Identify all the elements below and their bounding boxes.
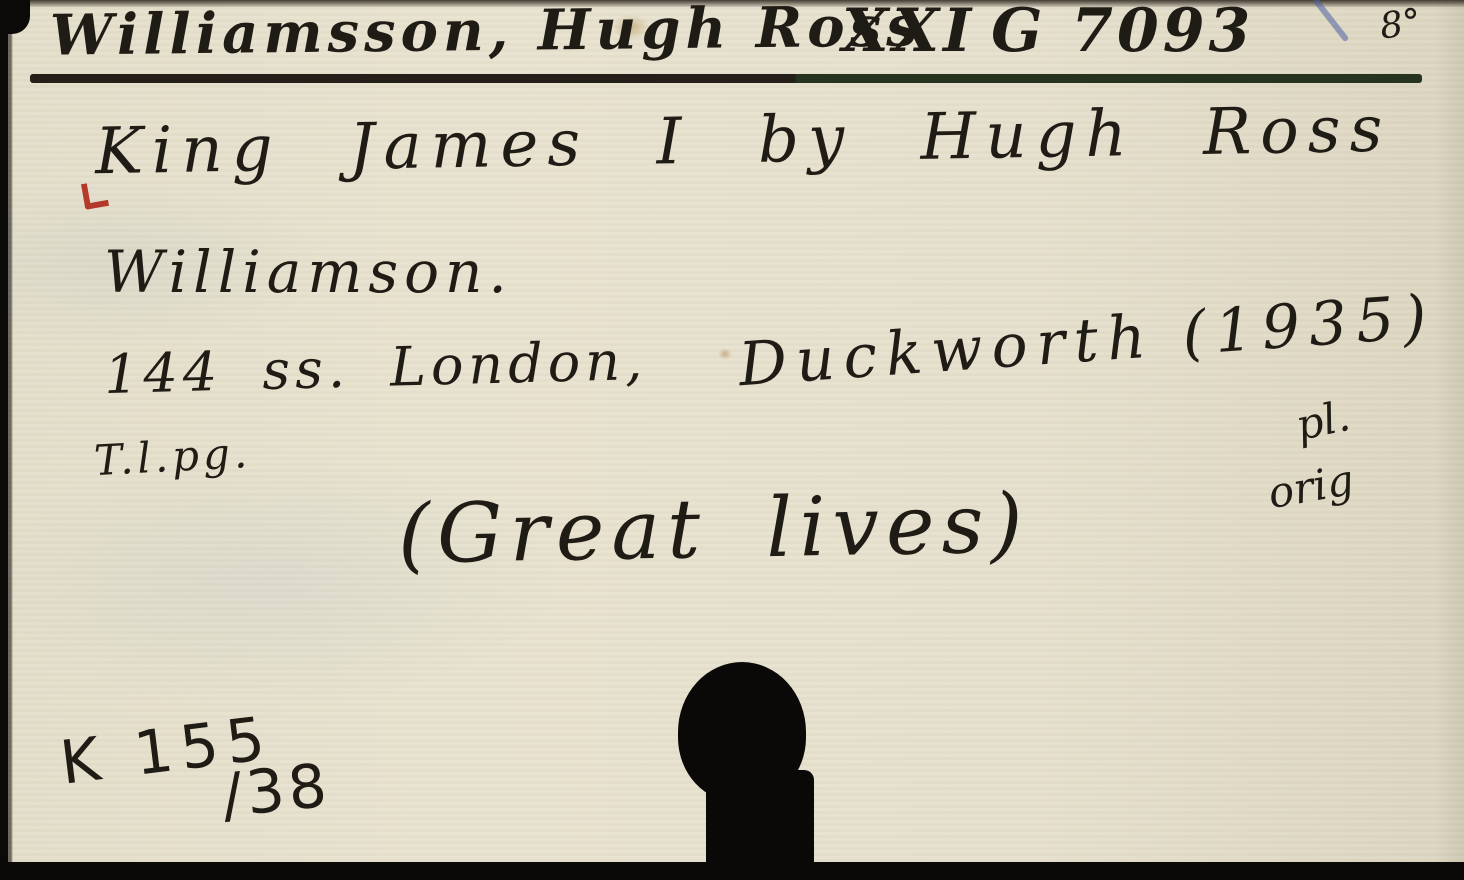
card-left-edge [0, 0, 13, 880]
publisher-imprint: Duckworth (1935) [736, 282, 1437, 401]
shelfmark: XXIG 7093 [842, 0, 1254, 66]
card-corner-shadow [0, 0, 30, 34]
note-plates: pl. [1291, 391, 1354, 450]
paper-stain [718, 348, 732, 360]
accession-number-sub: /38 [219, 751, 334, 832]
shelfmark-roman-numeral: XXI [842, 0, 975, 66]
title-line-2: Williamson. [104, 238, 513, 306]
card-bottom-edge [0, 862, 1464, 880]
series-statement: (Great lives) [397, 476, 1030, 582]
heading-author: Williamsson, Hugh Ross [50, 0, 923, 69]
note-orig: orig [1264, 455, 1357, 518]
catalog-card: Williamsson, Hugh Ross XXIG 7093 8° King… [0, 0, 1464, 880]
shelfmark-number: G 7093 [991, 0, 1254, 66]
format-statement: 8° [1377, 1, 1423, 47]
hole-punch [678, 662, 806, 802]
collation-imprint: 144 ss. London, [103, 329, 648, 406]
note-title-leaf: T.l.pg. [93, 428, 252, 485]
header-rule [30, 74, 1422, 83]
title-line-1: King James I by Hugh Ross [94, 93, 1392, 190]
